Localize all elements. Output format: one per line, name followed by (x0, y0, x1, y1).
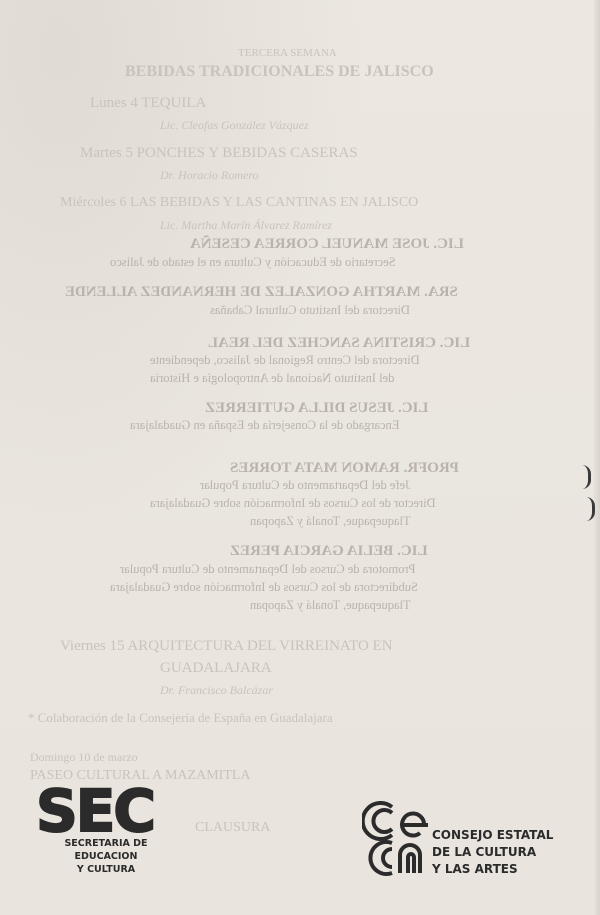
sec-logo: SEC SECRETARIA DE EDUCACION Y CULTURA (36, 785, 176, 876)
ghost-mirrored-name: PROFR. RAMON MATA TORRES (230, 460, 459, 477)
ghost-line: Viernes 15 ARQUITECTURA DEL VIRREINATO E… (60, 638, 393, 655)
cecaa-line3: Y LAS ARTES (432, 861, 553, 878)
ghost-line: Miércoles 6 LAS BEBIDAS Y LAS CANTINAS E… (60, 195, 418, 211)
page-edge (594, 0, 600, 915)
ghost-mirrored-role: Secretario de Educación y Cultura en el … (110, 255, 396, 270)
ghost-line: Lunes 4 TEQUILA (90, 95, 206, 112)
ghost-mirrored-name: LIC. BELIA GARCIA PEREZ (230, 543, 428, 560)
ghost-week-title: TERCERA SEMANA (238, 47, 337, 59)
ghost-line: CLAUSURA (195, 820, 270, 836)
ghost-mirrored-role: Directora del Centro Regional de Jalisco… (150, 353, 420, 368)
sec-logo-line2: Y CULTURA (36, 863, 176, 876)
ghost-line: * Colaboración de la Consejería de Españ… (28, 710, 333, 726)
ghost-mirrored-role: Subdirectora de los Cursos de Informació… (110, 580, 418, 595)
cecaa-logo: CONSEJO ESTATAL DE LA CULTURA Y LAS ARTE… (362, 797, 582, 877)
ghost-mirrored-role: del Instituto Nacional de Antropología e… (150, 371, 394, 386)
ghost-mirrored-name: LIC. JOSE MANUEL CORREA CESEÑA (190, 236, 464, 253)
ghost-mirrored-role: Tlaquepaque, Tonalá y Zapopan (250, 514, 411, 529)
ghost-line: GUADALAJARA (160, 660, 272, 677)
ghost-mirrored-name: SRA. MARTHA GONZALEZ DE HERNANDEZ ALLEND… (65, 284, 458, 301)
ghost-mirrored-role: Director de los Cursos de Información so… (150, 496, 436, 511)
ghost-section-title: BEBIDAS TRADICIONALES DE JALISCO (125, 63, 434, 81)
ghost-line: Lic. Cleofas González Vázquez (160, 118, 309, 133)
ghost-mirrored-name: LIC. JESUS DILLA GUTIERREZ (205, 400, 428, 417)
ghost-line: Martes 5 PONCHES Y BEBIDAS CASERAS (80, 145, 358, 162)
sec-logo-mark: SEC (36, 785, 176, 837)
cecaa-icon (362, 797, 428, 877)
cecaa-line2: DE LA CULTURA (432, 844, 553, 861)
ghost-mirrored-role: Encargado de la Consejería de España en … (130, 418, 399, 433)
ghost-mirrored-role: Promotora de Cursos del Departamento de … (120, 562, 415, 577)
ghost-line: Lic. Martha Marín Álvarez Ramírez (160, 218, 332, 233)
ghost-line: Dr. Horacio Romero (160, 168, 259, 183)
ghost-mirrored-role: Directora del Instituto Cultural Cabañas (210, 303, 410, 318)
ghost-mirrored-role: Jefe del Departamento de Cultura Popular (200, 478, 410, 493)
ghost-mirrored-name: LIC. CRISTINA SANCHEZ DEL REAL (208, 335, 470, 352)
ghost-line: Domingo 10 de marzo (30, 750, 138, 765)
cecaa-line1: CONSEJO ESTATAL (432, 827, 553, 844)
ghost-mirrored-role: Tlaquepaque, Tonalá y Zapopan (250, 598, 411, 613)
ghost-line: Dr. Francisco Balcázar (160, 683, 273, 698)
